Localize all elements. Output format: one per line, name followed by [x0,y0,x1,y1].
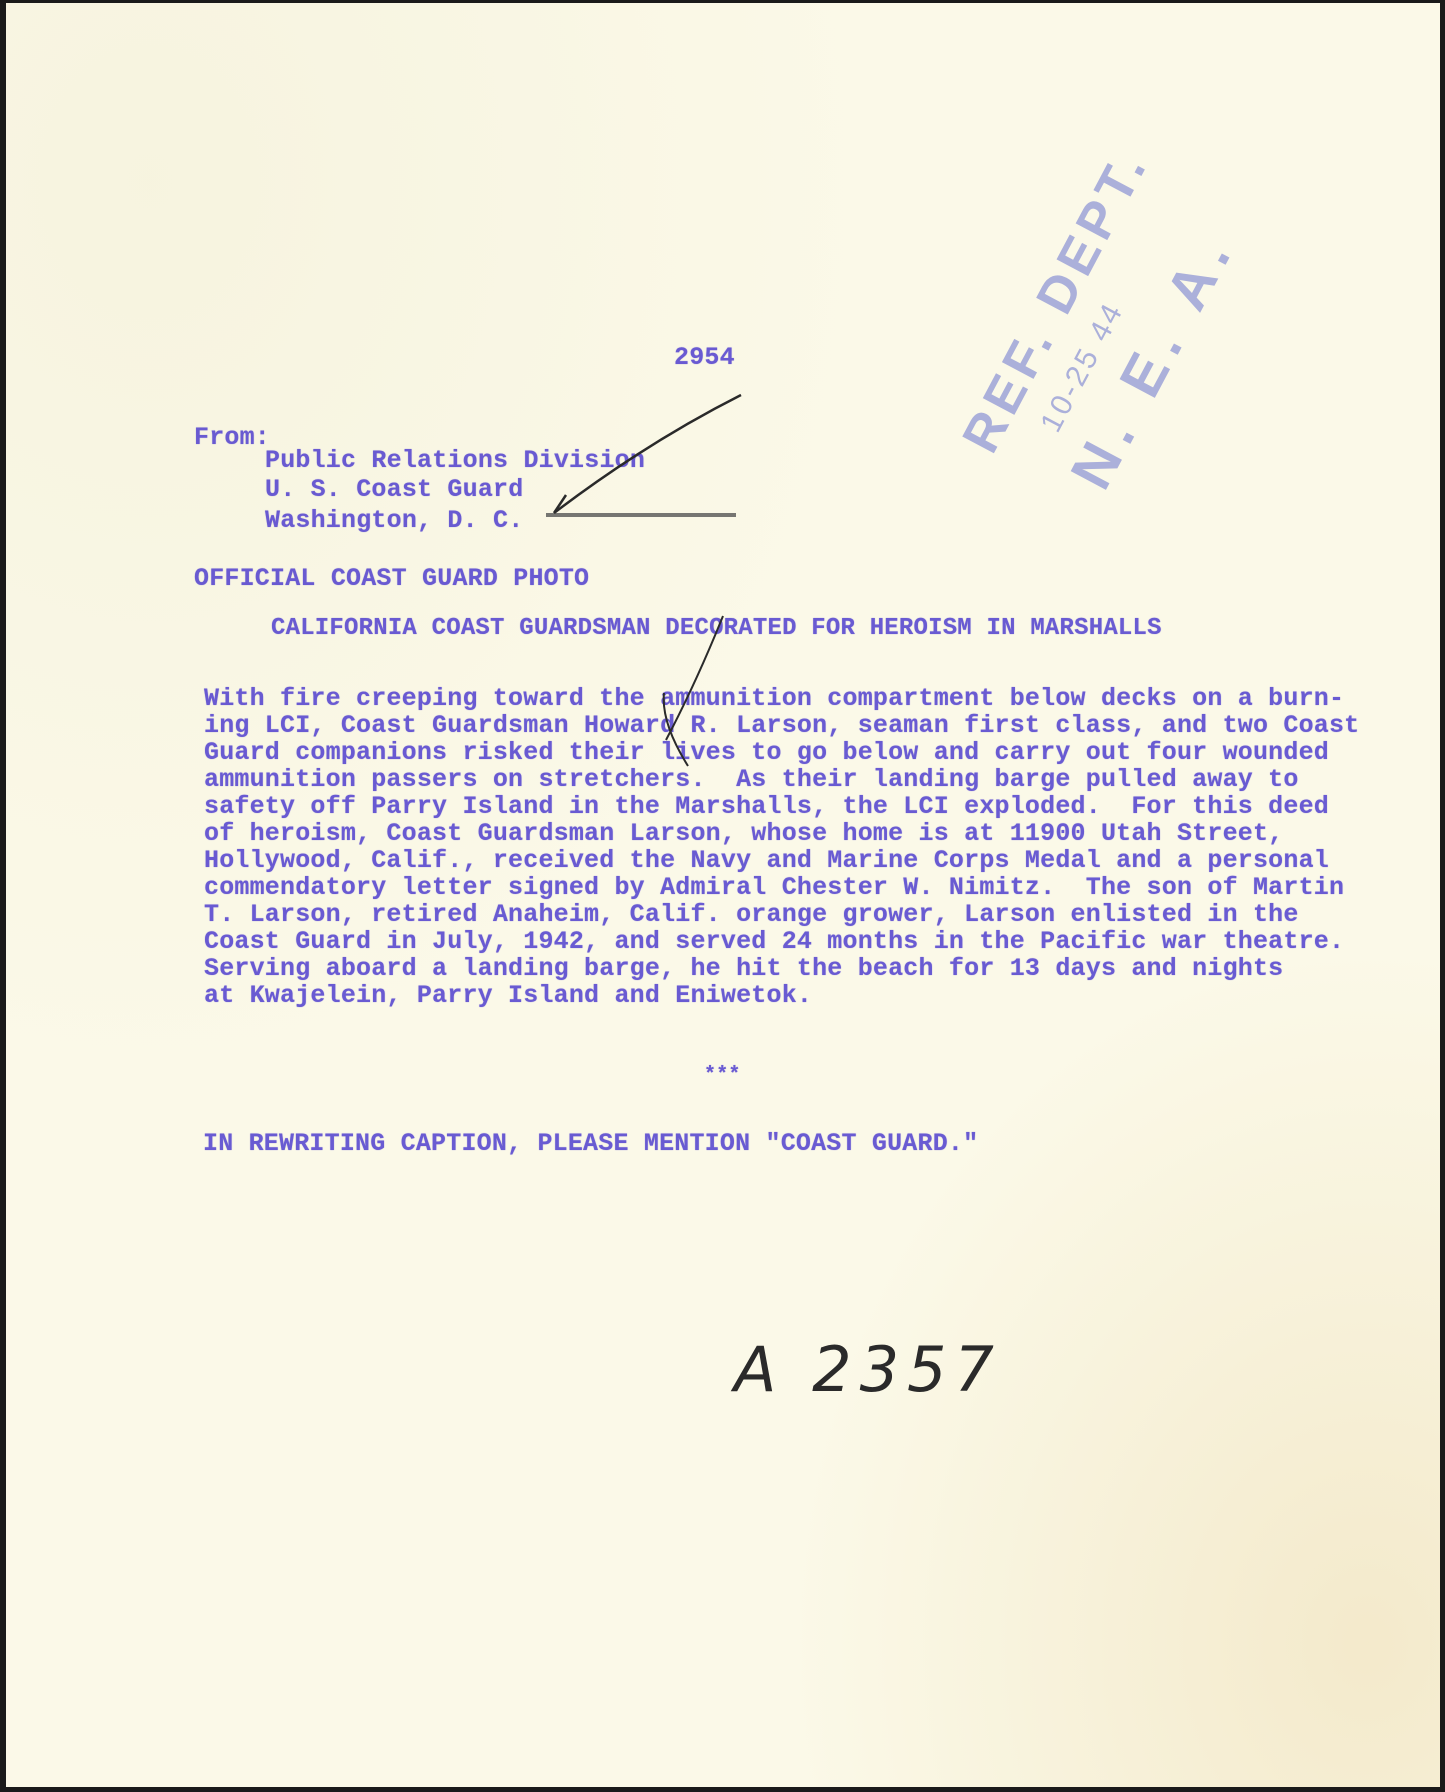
document-page: 2954 From: Public Relations Division U. … [6,3,1440,1787]
handwritten-catalog-number: A 2357 [734,1333,1002,1406]
